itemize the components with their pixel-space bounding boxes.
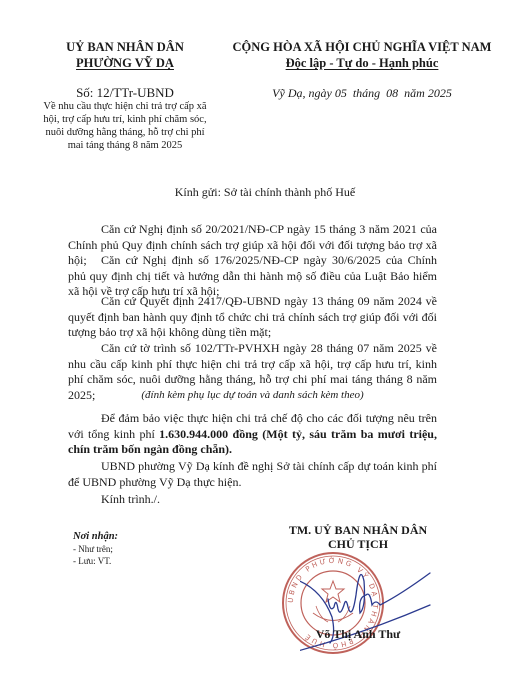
legal-basis-paragraph: Căn cứ Quyết định 2417/QĐ-UBND ngày 13 t…	[68, 294, 437, 341]
signer-name: Võ Thị Anh Thư	[283, 627, 433, 642]
document-subject: Về nhu cầu thực hiện chi trả trợ cấp xã …	[20, 100, 230, 152]
legal-basis-paragraph: Căn cứ Nghị định số 176/2025/NĐ-CP ngày …	[68, 253, 437, 300]
issuer-name: UỶ BAN NHÂN DÂN	[20, 40, 230, 54]
attachment-note: (đính kèm phụ lục dự toán và danh sách k…	[68, 389, 437, 401]
issuer-ward: PHƯỜNG VỸ DẠ	[76, 56, 174, 70]
subject-line: hội, trợ cấp hưu trí, kinh phí chăm sóc,	[20, 113, 230, 126]
recipients-list: Nơi nhận: - Như trên; - Lưu: VT.	[73, 530, 118, 567]
issuer-header: UỶ BAN NHÂN DÂN PHƯỜNG VỸ DẠ Số: 12/TTr-…	[20, 40, 230, 152]
recipients-title: Nơi nhận:	[73, 530, 118, 543]
place-date: Vỹ Dạ, ngày 05 tháng 08 năm 2025	[232, 86, 492, 101]
closing-line: Kính trình./.	[101, 492, 160, 507]
signature-scribble-icon	[300, 555, 460, 665]
signature-block: TM. UỶ BAN NHÂN DÂN CHỦ TỊCH	[283, 523, 433, 551]
recipient-item: - Như trên;	[73, 543, 118, 555]
subject-line: mai táng tháng 8 năm 2025	[20, 139, 230, 152]
recipient-item: - Lưu: VT.	[73, 555, 118, 567]
nation-title: CỘNG HÒA XÃ HỘI CHỦ NGHĨA VIỆT NAM	[232, 40, 492, 54]
document-number: Số: 12/TTr-UBND	[20, 85, 230, 100]
national-motto: Độc lập - Tự do - Hạnh phúc	[286, 56, 439, 70]
on-behalf-title: TM. UỶ BAN NHÂN DÂN	[283, 523, 433, 537]
funding-paragraph: Để đảm bảo việc thực hiện chi trả chế độ…	[68, 411, 437, 458]
request-paragraph: UBND phường Vỹ Dạ kính đề nghị Sở tài ch…	[68, 459, 437, 490]
national-header: CỘNG HÒA XÃ HỘI CHỦ NGHĨA VIỆT NAM Độc l…	[232, 40, 492, 101]
recipient-line: Kính gửi: Sở tài chính thành phố Huế	[0, 185, 530, 200]
subject-line: nuôi dưỡng hằng tháng, hỗ trợ chi phí	[20, 126, 230, 139]
subject-line: Về nhu cầu thực hiện chi trả trợ cấp xã	[20, 100, 230, 113]
